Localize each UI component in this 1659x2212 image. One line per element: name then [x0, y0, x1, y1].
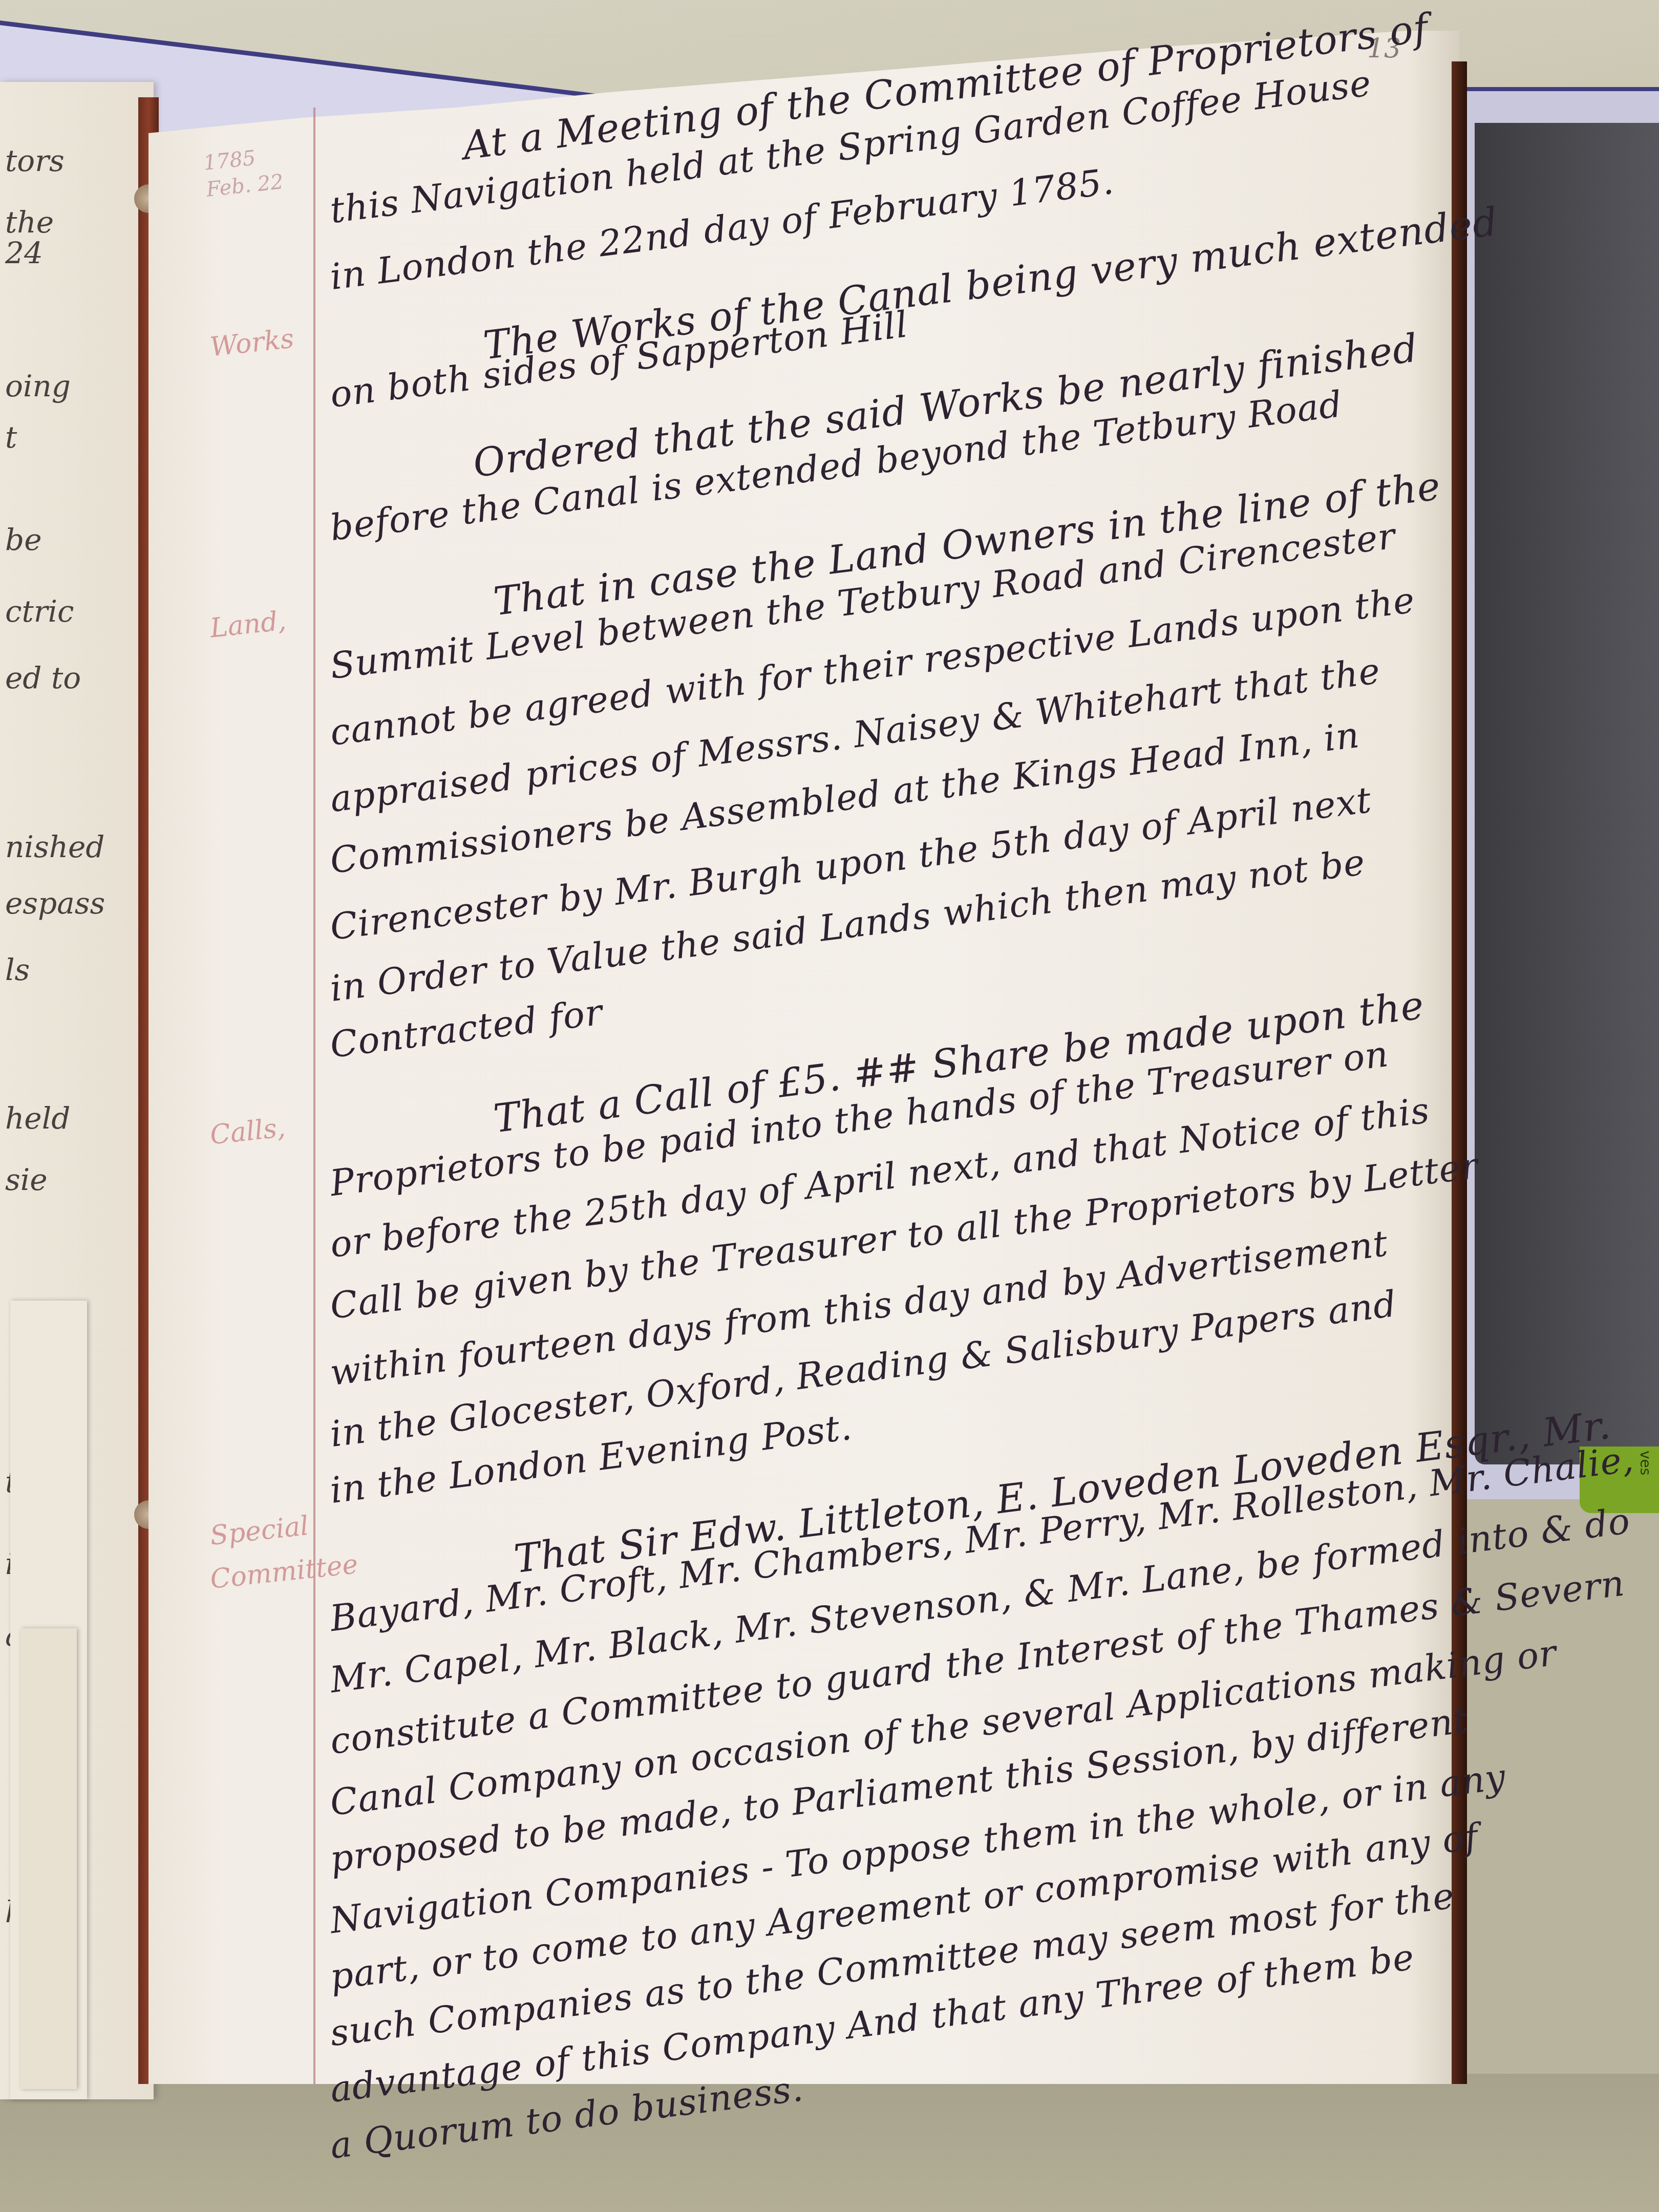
foam-support-block [1475, 123, 1659, 1464]
folded-paper-strip-2 [20, 1628, 77, 2089]
tab-label: ves [1637, 1451, 1654, 1475]
margin-date: 1785 Feb. 22 [202, 142, 285, 203]
left-page-text-fragment: ls [5, 952, 30, 987]
left-page-text-fragment: ctric [5, 594, 74, 629]
left-page-text-fragment: nished [5, 829, 104, 864]
left-page-text-fragment: be [5, 522, 41, 557]
left-page-text-fragment: espass [5, 886, 105, 921]
margin-rule [313, 108, 315, 2084]
left-page-text-fragment: the [5, 205, 54, 240]
left-page-text-fragment: held [5, 1101, 70, 1136]
left-page-text-fragment: sie [5, 1162, 48, 1197]
left-page-text-fragment: tors [5, 143, 65, 178]
left-page-text-fragment: 24 [5, 236, 43, 270]
background-board-bottom [0, 2074, 1659, 2212]
left-page-text-fragment: ed to [5, 661, 81, 695]
left-page-text-fragment: oing [5, 369, 71, 403]
left-page-text-fragment: t [5, 420, 17, 455]
